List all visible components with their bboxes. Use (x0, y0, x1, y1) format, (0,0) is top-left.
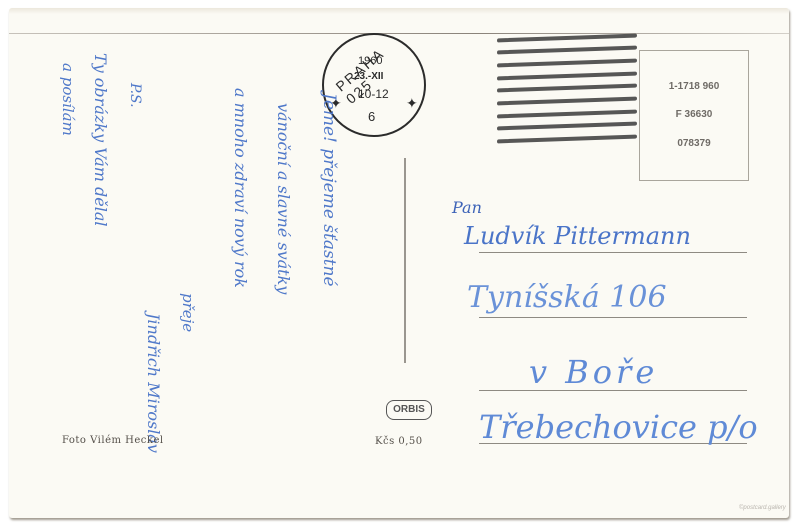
postcard-back: 1-1718 960 F 36630 078379 PRAHA 025 1960… (9, 8, 789, 518)
message-line-4: přeje (179, 293, 197, 332)
address-post-office: Třebechovice p/o (479, 408, 758, 446)
address-street: Tyníšská 106 (467, 280, 667, 315)
stamp-code-line-2: F 36630 (640, 109, 748, 120)
postmark-year: 1960 (358, 55, 382, 67)
postmark-date: 23.-XII (354, 71, 383, 82)
price-label: Kčs 0,50 (375, 436, 423, 447)
message-signature: Jindřich Miroslav (144, 313, 163, 453)
address-salutation: Pan (452, 198, 482, 217)
message-line-2: vánoční a slavné svátky (274, 103, 293, 433)
card-top-edge (9, 8, 789, 14)
ps-line-1: Ty obrázky Vám dělal (91, 53, 110, 453)
address-line-1 (479, 252, 747, 253)
stamp-placeholder-box: 1-1718 960 F 36630 078379 (639, 50, 749, 181)
address-town: v Boře (529, 353, 658, 391)
ps-line-2: a posílám (59, 63, 77, 136)
star-icon: ✦ (406, 95, 418, 112)
center-divider-line (404, 158, 406, 363)
address-line-2 (479, 317, 747, 318)
cancellation-wavy-lines (497, 32, 637, 152)
orbis-publisher-logo: ORBIS (386, 400, 432, 420)
stamp-code-line-3: 078379 (640, 138, 748, 149)
ps-label: P.S. (127, 83, 143, 108)
postmark-office-number: 6 (368, 109, 375, 124)
postmark-time: 10-12 (358, 87, 389, 101)
stamp-code-line-1: 1-1718 960 (640, 81, 748, 92)
message-line-1: Jeme! přejeme šťastné (319, 93, 339, 493)
photo-credit: Foto Vilém Heckel (62, 435, 164, 446)
address-name: Ludvík Pittermann (464, 222, 691, 250)
message-line-3: a mnoho zdraví nový rok (231, 88, 250, 348)
watermark: ©postcard.gallery (739, 505, 786, 511)
